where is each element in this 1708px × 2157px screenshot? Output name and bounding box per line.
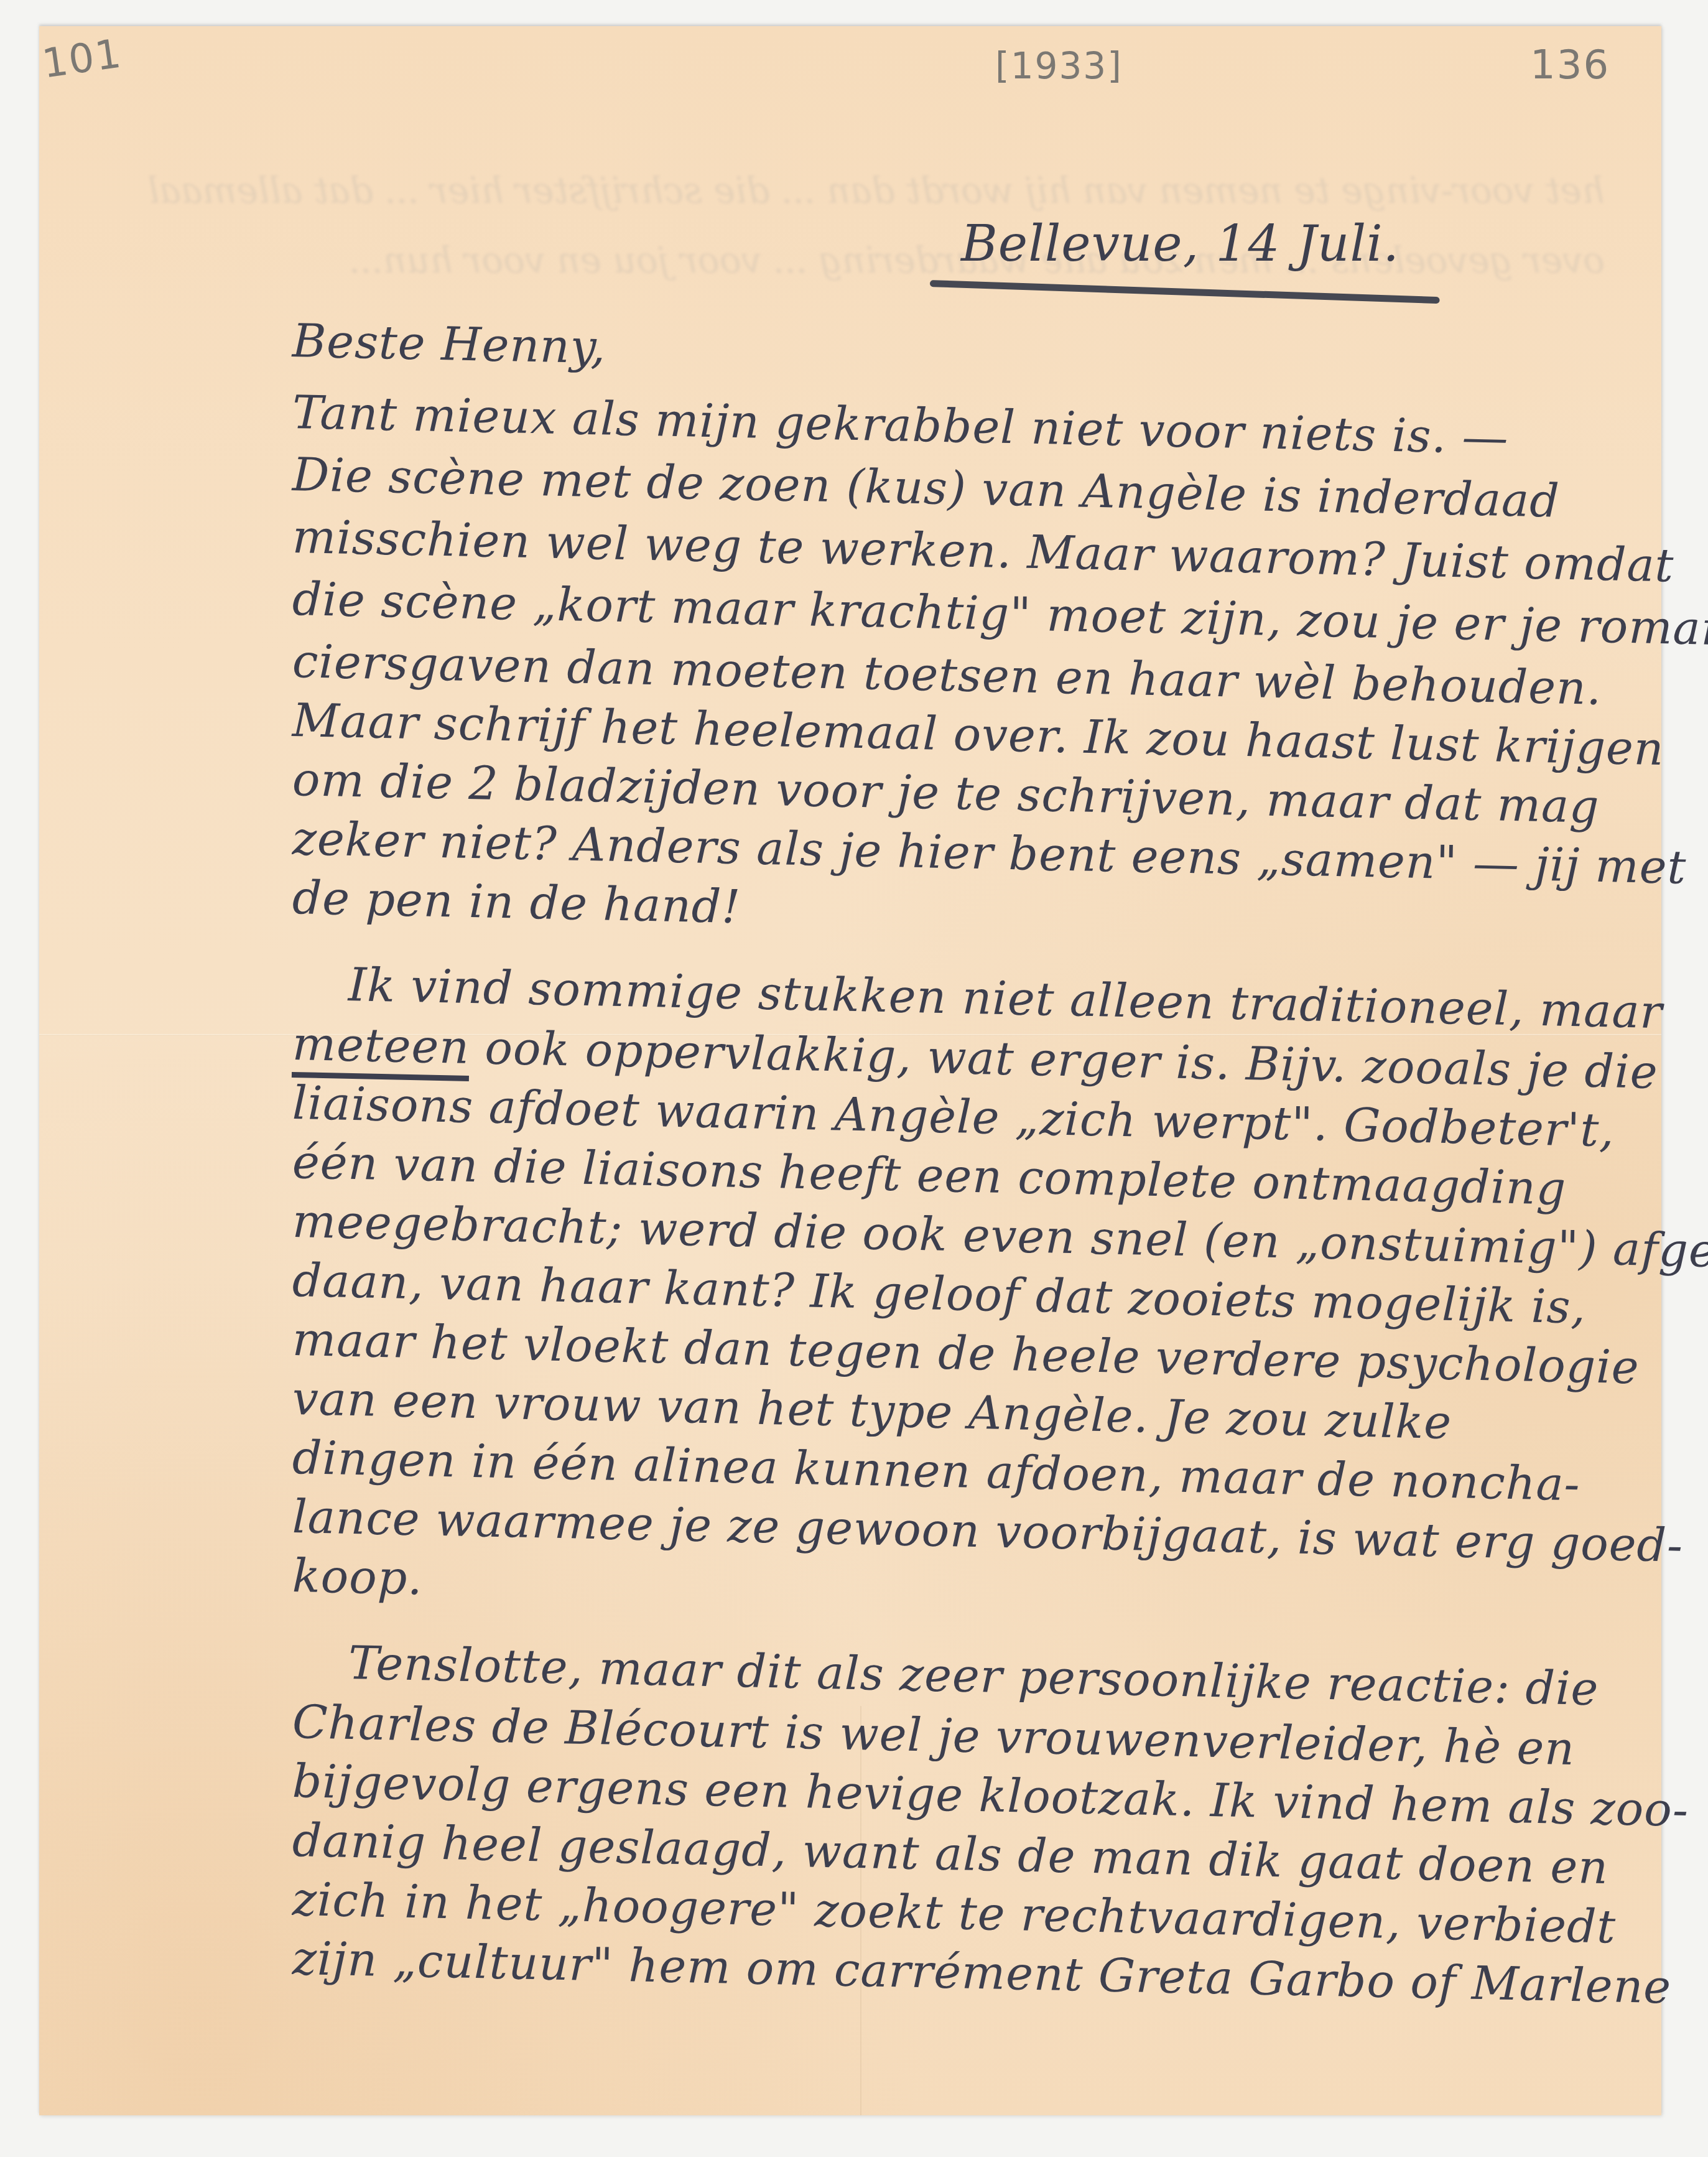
letter-line: de pen in de hand! (292, 871, 741, 934)
archive-date-mark: [1933] (995, 45, 1123, 87)
salutation: Beste Henny, (292, 314, 606, 375)
place-and-date: Bellevue, 14 Juli. (961, 215, 1399, 273)
underlined-word: meteen (292, 1017, 470, 1081)
archive-folio-number: 136 (1530, 42, 1610, 88)
letter-line: koop. (292, 1549, 424, 1605)
